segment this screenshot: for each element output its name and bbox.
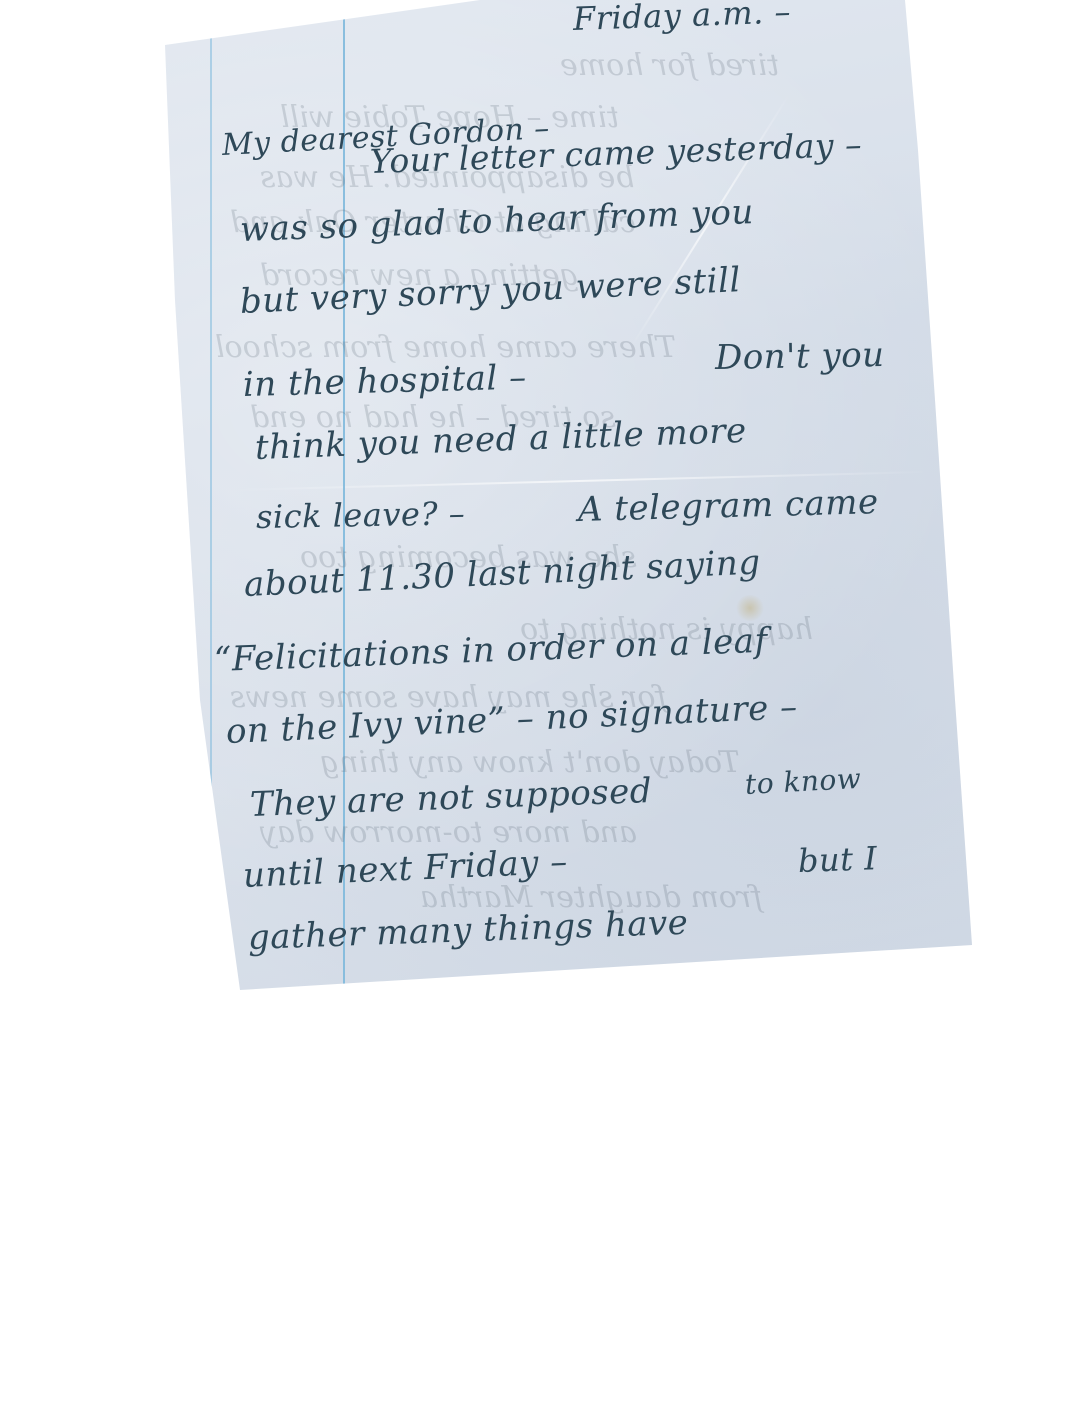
scanned-page: tired for home time – Hope Tobie will be… bbox=[0, 0, 1088, 1408]
letter-date: Friday a.m. – bbox=[572, 0, 791, 38]
letter-line: in the hospital – bbox=[242, 358, 527, 405]
letter-line: was so glad to hear from you bbox=[239, 192, 754, 250]
letter-line: sick leave? – bbox=[256, 494, 466, 536]
letter-paper: tired for home time – Hope Tobie will be… bbox=[0, 0, 1088, 1000]
letter-line: A telegram came bbox=[577, 482, 879, 530]
letter-line: gather many things have bbox=[247, 903, 689, 958]
letter-line: but I bbox=[797, 839, 878, 880]
letter-line: Don't you bbox=[715, 335, 885, 378]
margin-line-left bbox=[210, 0, 212, 990]
bleed-through-text: tired for home bbox=[560, 48, 779, 83]
letter-line: “Felicitations in order on a leaf bbox=[213, 621, 768, 680]
letter-line: to know bbox=[744, 762, 862, 801]
